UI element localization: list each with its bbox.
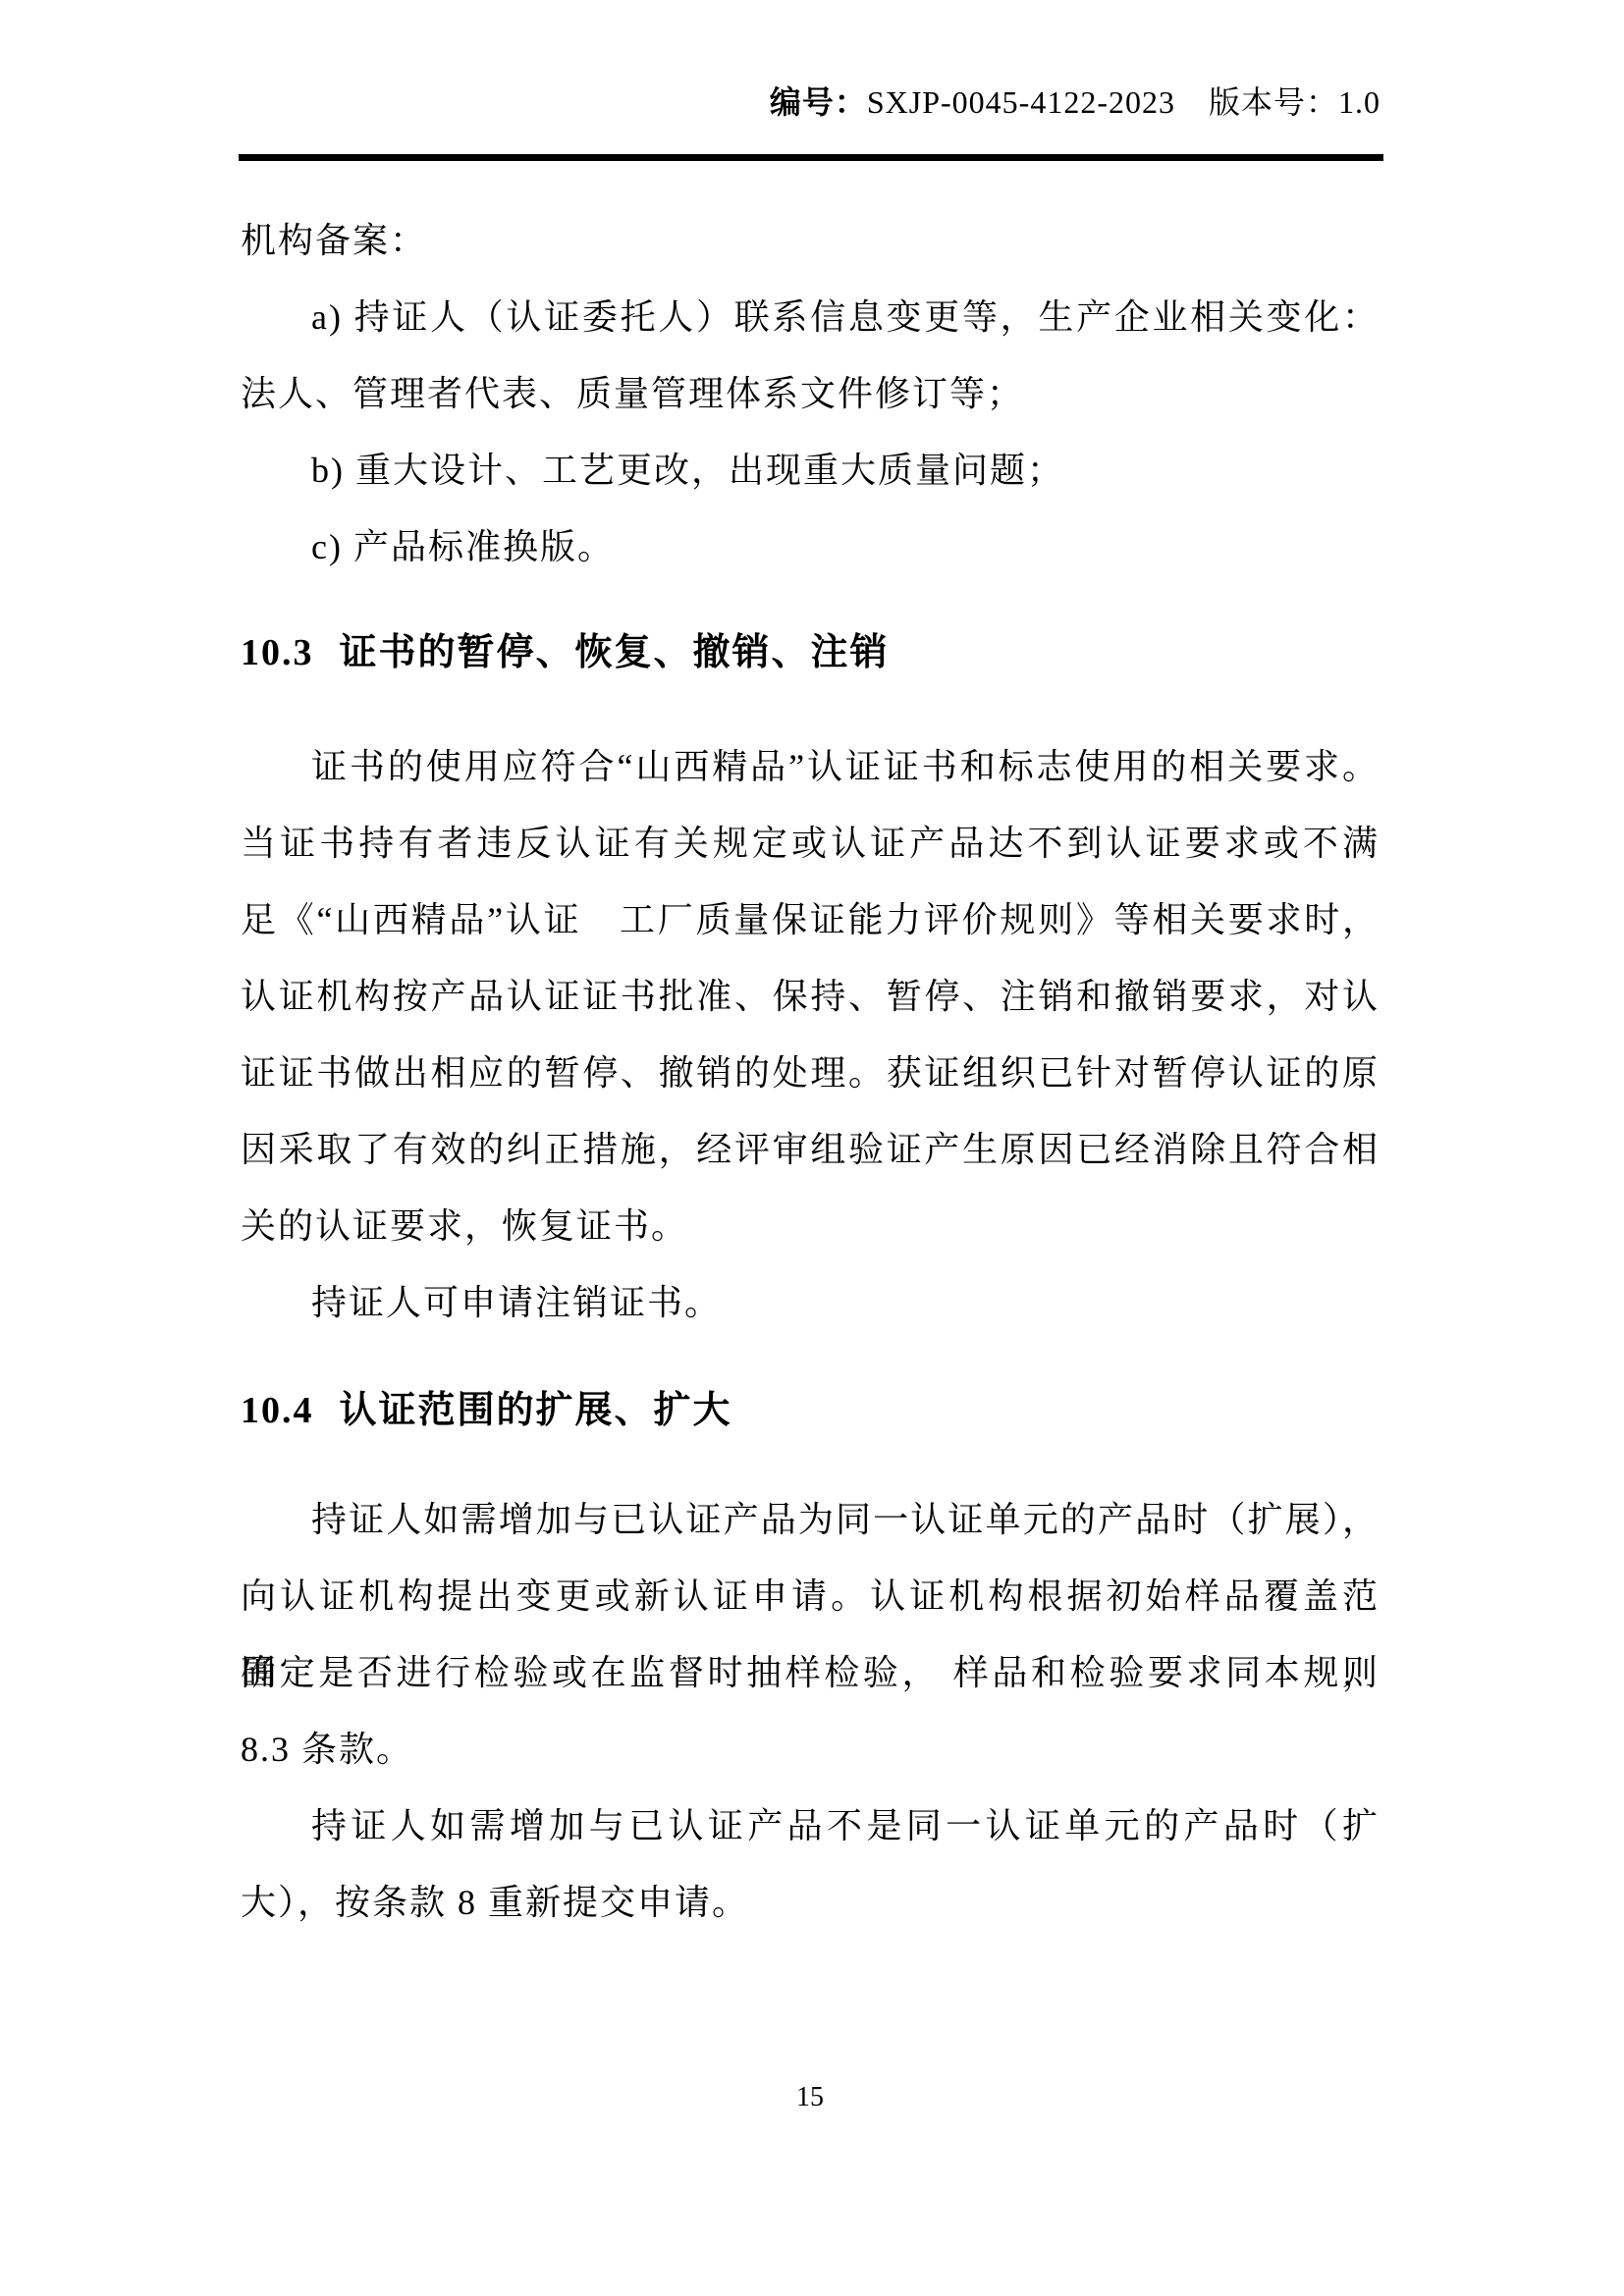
doc-number-label: 编号： (770, 84, 867, 120)
text-line: 确定是否进行检验或在监督时抽样检验， 样品和检验要求同本规则 (241, 1634, 1380, 1711)
text-line: b) 重大设计、工艺更改，出现重大质量问题； (241, 432, 1380, 508)
document-page: 编号：SXJP-0045-4122-2023版本号：1.0 机构备案： a) 持… (0, 0, 1624, 2296)
text-line: c) 产品标准换版。 (241, 508, 1380, 585)
section-title: 证书的暂停、恢复、撤销、注销 (340, 632, 890, 673)
section-number: 10.4 (241, 1390, 314, 1431)
version-value: 1.0 (1338, 84, 1380, 120)
text-line: 证书的使用应符合“山西精品”认证证书和标志使用的相关要求。 (241, 728, 1380, 805)
page-number: 15 (240, 2081, 1380, 2114)
section-number: 10.3 (241, 632, 314, 673)
text-line: 足《“山西精品”认证 工厂质量保证能力评价规则》等相关要求时， (241, 881, 1380, 958)
text-line: a) 持证人（认证委托人）联系信息变更等，生产企业相关变化： (241, 279, 1380, 355)
text-line: 大），按条款 8 重新提交申请。 (241, 1864, 1380, 1941)
doc-number: SXJP-0045-4122-2023 (867, 84, 1175, 120)
version-label: 版本号： (1209, 84, 1338, 120)
page-header: 编号：SXJP-0045-4122-2023版本号：1.0 (240, 82, 1380, 122)
text-line: 因采取了有效的纠正措施，经评审组验证产生原因已经消除且符合相 (241, 1111, 1380, 1188)
text-line: 持证人可申请注销证书。 (241, 1264, 1380, 1341)
text-line: 机构备案： (241, 202, 1380, 279)
text-line: 向认证机构提出变更或新认证申请。认证机构根据初始样品覆盖范围， (241, 1558, 1380, 1634)
text-line: 8.3 条款。 (241, 1711, 1380, 1788)
text-line: 法人、管理者代表、质量管理体系文件修订等； (241, 355, 1380, 432)
section-heading-10-3: 10.3证书的暂停、恢复、撤销、注销 (241, 614, 1380, 691)
text-line: 证证书做出相应的暂停、撤销的处理。获证组织已针对暂停认证的原 (241, 1035, 1380, 1111)
text-line: 持证人如需增加与已认证产品为同一认证单元的产品时（扩展）， (241, 1481, 1380, 1558)
document-body: 机构备案： a) 持证人（认证委托人）联系信息变更等，生产企业相关变化： 法人、… (241, 202, 1380, 1941)
text-line: 关的认证要求，恢复证书。 (241, 1188, 1380, 1264)
text-line: 持证人如需增加与已认证产品不是同一认证单元的产品时（扩 (241, 1788, 1380, 1864)
text-line: 当证书持有者违反认证有关规定或认证产品达不到认证要求或不满 (241, 805, 1380, 881)
section-title: 认证范围的扩展、扩大 (340, 1390, 732, 1431)
section-heading-10-4: 10.4认证范围的扩展、扩大 (241, 1372, 1380, 1449)
text-line: 认证机构按产品认证证书批准、保持、暂停、注销和撤销要求，对认 (241, 958, 1380, 1035)
header-divider (239, 154, 1383, 161)
